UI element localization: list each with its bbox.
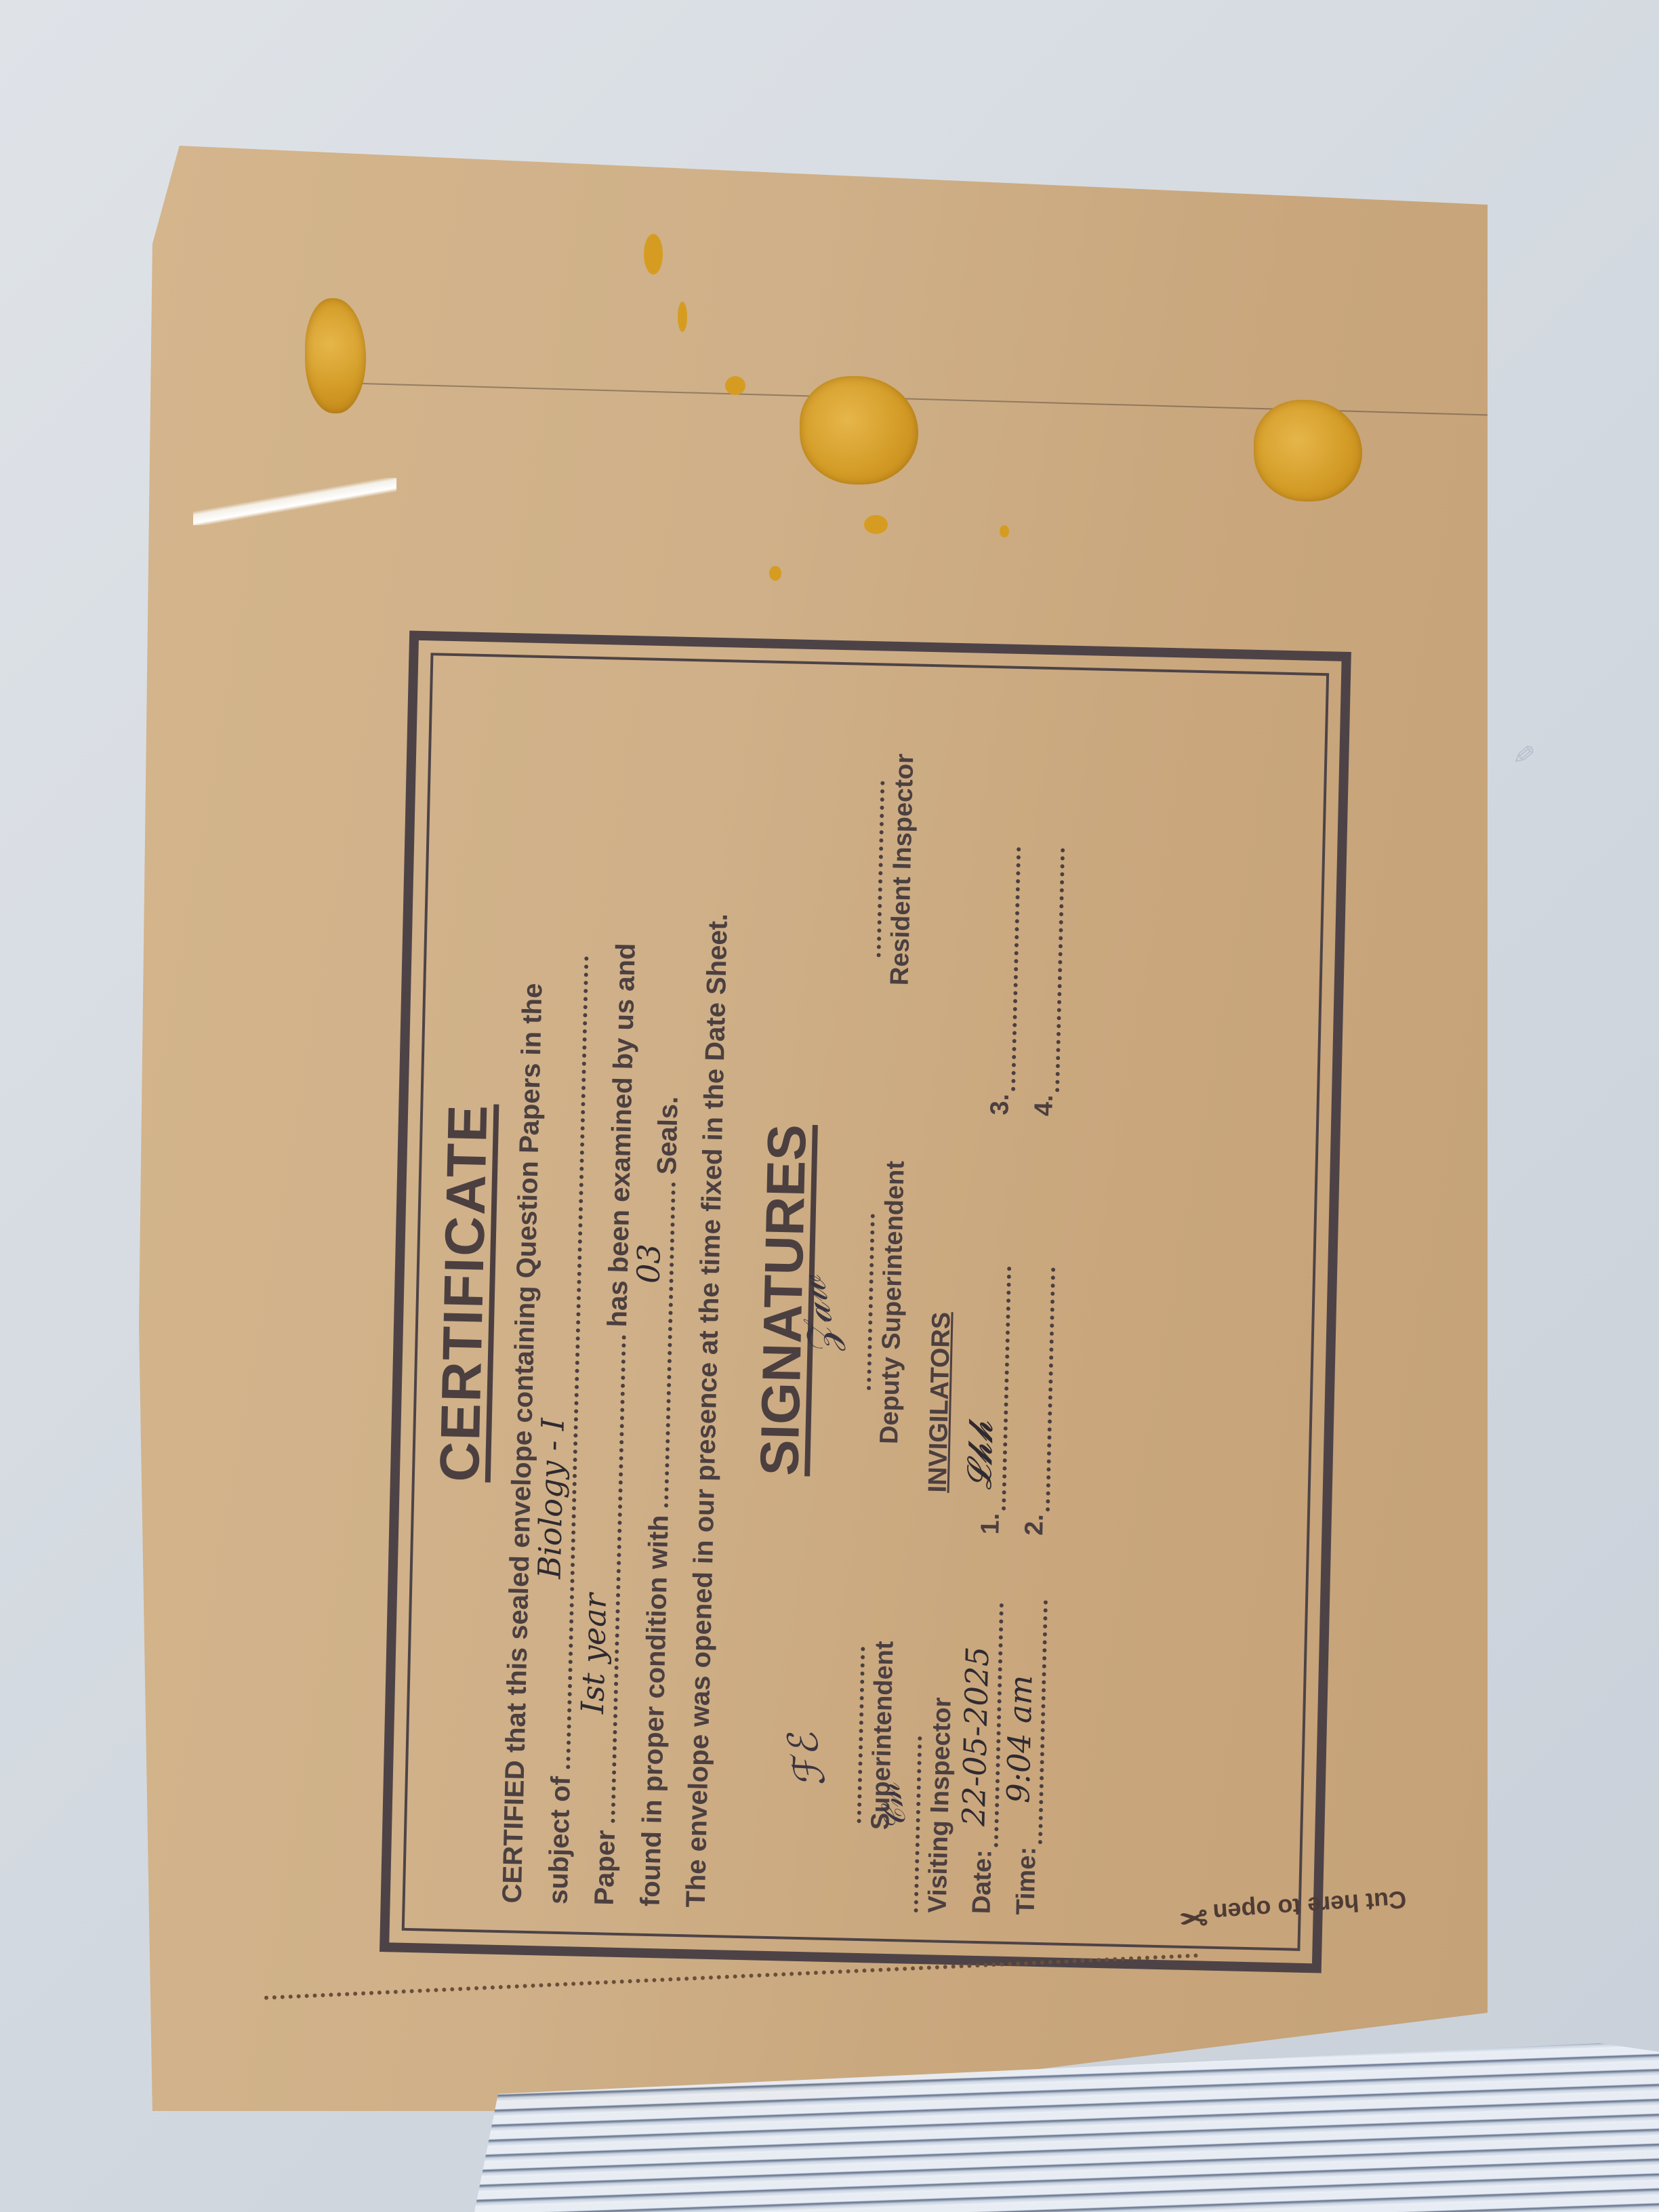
invigilator-number: 3. bbox=[985, 1093, 1015, 1115]
time-value: 9:04 am bbox=[1000, 1675, 1039, 1803]
invigilators-title: INVIGILATORS bbox=[922, 694, 980, 1534]
scissors-icon: ✂ bbox=[1178, 1898, 1209, 1938]
paper-field[interactable]: Ist year bbox=[590, 1334, 626, 1823]
wax-drip bbox=[864, 515, 888, 534]
date-label: Date: bbox=[968, 1849, 998, 1914]
paper-value: Ist year bbox=[574, 1593, 613, 1715]
time-field[interactable]: Time: 9:04 am bbox=[1011, 1535, 1049, 1915]
signature-resident-inspector[interactable]: Resident Inspector bbox=[875, 693, 922, 1046]
wax-seal-left bbox=[305, 298, 366, 413]
visiting-inspector-label: Visiting Inspector bbox=[924, 1697, 957, 1913]
signature-line bbox=[914, 1736, 922, 1912]
signature-line bbox=[857, 1647, 865, 1823]
certificate-inner-border: CERTIFICATE CERTIFIED that this sealed e… bbox=[402, 653, 1329, 1951]
certificate-outer-border: CERTIFICATE CERTIFIED that this sealed e… bbox=[380, 631, 1351, 1973]
seals-field[interactable]: 03 bbox=[644, 1182, 676, 1508]
seals-label: found in proper condition with bbox=[636, 1515, 674, 1907]
invigilator-2-field[interactable]: 2. bbox=[1020, 1115, 1059, 1536]
wax-seal-center bbox=[800, 376, 918, 485]
invigilator-3-field[interactable]: 3. bbox=[985, 695, 1024, 1115]
signatory-label: Deputy Superintendent bbox=[875, 1160, 909, 1444]
date-dots: 22-05-2025 bbox=[974, 1603, 1004, 1847]
signatory-label: Resident Inspector bbox=[886, 754, 920, 986]
invigilator-1-field[interactable]: 1. 𝓛𝓱𝓱 bbox=[976, 1115, 1015, 1535]
subject-value: Biology - I bbox=[531, 1418, 571, 1579]
handwritten-signature: 𝓛𝓱𝓱 bbox=[960, 1420, 1001, 1490]
seal-thread bbox=[193, 478, 396, 525]
inspector-and-invigilators: 𝒞𝓂 Visiting Inspector INVIGILATORS Date:… bbox=[914, 694, 1069, 1915]
date-field[interactable]: Date: 22-05-2025 bbox=[968, 1534, 1006, 1914]
wax-seal-right bbox=[1254, 400, 1362, 501]
signature-line bbox=[867, 1214, 875, 1390]
invigilator-dots bbox=[991, 847, 1021, 1092]
faint-pencil-mark: ✎ bbox=[1506, 741, 1539, 766]
time-dots: 9:04 am bbox=[1018, 1600, 1048, 1845]
wax-drip bbox=[678, 302, 687, 332]
certificate-title: CERTIFICATE bbox=[419, 683, 510, 1903]
wax-drip bbox=[769, 566, 781, 581]
signatories-row: ℱℰ Superintendent 𝒵𝒶𝓌 Deputy Superintend… bbox=[855, 693, 922, 1912]
wax-drip bbox=[725, 376, 745, 395]
signature-superintendent[interactable]: ℱℰ Superintendent bbox=[855, 1559, 902, 1912]
invigilator-number: 4. bbox=[1029, 1094, 1059, 1117]
wax-drip bbox=[644, 234, 663, 274]
signature-line bbox=[876, 781, 884, 957]
invigilator-dots bbox=[1035, 848, 1065, 1092]
handwritten-signature: ℱℰ bbox=[779, 1729, 835, 1792]
subject-label: subject of bbox=[544, 1776, 576, 1905]
date-value: 22-05-2025 bbox=[955, 1646, 996, 1826]
invigilator-number: 2. bbox=[1020, 1514, 1050, 1536]
opened-statement: The envelope was opened in our presence … bbox=[681, 689, 739, 1908]
invigilator-4-field[interactable]: 4. bbox=[1029, 697, 1068, 1117]
seals-value: 03 bbox=[630, 1244, 667, 1284]
time-label: Time: bbox=[1011, 1846, 1042, 1915]
invigilator-dots: 𝓛𝓱𝓱 bbox=[981, 1266, 1011, 1511]
wax-drip bbox=[1000, 525, 1009, 537]
paper-label: Paper bbox=[590, 1830, 621, 1906]
invigilator-dots bbox=[1025, 1267, 1055, 1512]
signature-deputy-superintendent[interactable]: 𝒵𝒶𝓌 Deputy Superintendent bbox=[865, 1126, 912, 1479]
invigilator-number: 1. bbox=[976, 1513, 1006, 1535]
certificate-form: CERTIFICATE CERTIFIED that this sealed e… bbox=[380, 631, 1351, 1973]
signature-visiting-inspector[interactable]: 𝒞𝓂 Visiting Inspector bbox=[914, 1655, 959, 1913]
seals-suffix: Seals. bbox=[652, 1096, 684, 1175]
